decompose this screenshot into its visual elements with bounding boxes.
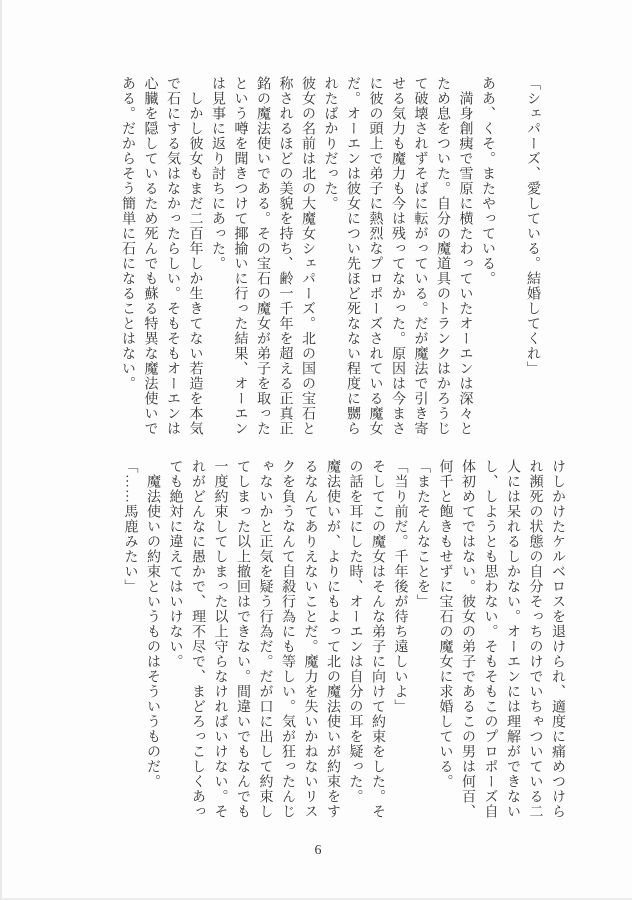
- text-line: ある。だからそう簡単に石になることはない。: [116, 76, 139, 444]
- text-line: クを負うなんて自殺行為にも等しい。気が狂ったんじ: [276, 459, 299, 841]
- text-line: 称されるほどの美貌を持ち、齢一千年を超える正真正: [273, 76, 296, 444]
- text-line: しかし彼女もまだ二百年しか生きてない若造を本気: [183, 76, 206, 444]
- text-block-bottom: けしかけたケルベロスを退けられ、適度に痛めつけられ瀕死の状態の自分そっちのけでい…: [118, 459, 568, 841]
- text-line: 心臓を隠しているため死んでも蘇る特異な魔法使いで: [138, 76, 161, 444]
- text-line: 「またそんなことを」: [411, 459, 434, 841]
- text-line: るなんてありえないことだ。魔力を失いかねないリス: [298, 459, 321, 841]
- text-line: 一度約束してしまった以上守らなければいけない。そ: [208, 459, 231, 841]
- text-line: 人には呆れるしかない。オーエンには理解ができない: [501, 459, 524, 841]
- text-line: 「当り前だ。千年後が待ち遠しいよ」: [388, 459, 411, 841]
- text-line: 満身創痍で雪原に横たわっていたオーエンは深々と: [453, 76, 476, 444]
- text-line: ため息をついた。自分の魔道具のトランクはかろうじ: [431, 76, 454, 444]
- page-number: 6: [2, 843, 632, 859]
- text-line: 「……馬鹿みたい」: [118, 459, 141, 841]
- text-line: ゃないかと正気を疑う行為だ。だが口に出して約束し: [253, 459, 276, 841]
- text-line: という噂を聞きつけて揶揄いに行った結果、オーエン: [228, 76, 251, 444]
- text-line: だ。オーエンは彼女につい先ほど死なない程度に嬲ら: [341, 76, 364, 444]
- text-line: ああ、くそ。またやっている。: [476, 76, 499, 444]
- text-line: [498, 76, 521, 444]
- text-line: て破壊されずそばに転がっている。だが魔法で引き寄: [408, 76, 431, 444]
- text-line: は見事に返り討ちにあった。: [206, 76, 229, 444]
- text-line: 彼女の名前は北の大魔女シェパーズ。北の国の宝石と: [296, 76, 319, 444]
- text-line: れ瀕死の状態の自分そっちのけでいちゃついている二: [523, 459, 546, 841]
- text-line: せる気力も魔力も今は残ってなかった。原因は今まさ: [386, 76, 409, 444]
- text-line: そしてこの魔女はそんな弟子に向けて約束をした。そ: [366, 459, 389, 841]
- text-line: てしまった以上撤回はできない。間違いでもなんでも: [231, 459, 254, 841]
- text-line: 魔法使いが、よりにもよって北の魔法使いが約束をす: [321, 459, 344, 841]
- text-line: 何千と飽きもせずに宝石の魔女に求婚している。: [433, 459, 456, 841]
- text-line: の話を耳にした時、オーエンは自分の耳を疑った。: [343, 459, 366, 841]
- text-line: ても絶対に違えてはいけない。: [163, 459, 186, 841]
- novel-page: 「シェパーズ、愛している。結婚してくれ」ああ、くそ。またやっている。 満身創痍で…: [0, 0, 632, 900]
- text-line: れたばかりだった。: [318, 76, 341, 444]
- text-line: 魔法使いの約束というものはそういうものだ。: [141, 459, 164, 841]
- text-line: に彼の頭上で弟子に熱烈なプロポーズされている魔女: [363, 76, 386, 444]
- text-line: 体初めてではない。彼女の弟子であるこの男は何百、: [456, 459, 479, 841]
- text-line: で石にする気はなかったらしい。そもそもオーエンは: [161, 76, 184, 444]
- text-line: 「シェパーズ、愛している。結婚してくれ」: [521, 76, 544, 444]
- text-line: し、しようとも思わない。そもそもこのプロポーズ自: [478, 459, 501, 841]
- text-line: 銘の魔法使いである。その宝石の魔女が弟子を取った: [251, 76, 274, 444]
- text-line: けしかけたケルベロスを退けられ、適度に痛めつけら: [546, 459, 569, 841]
- text-block-top: 「シェパーズ、愛している。結婚してくれ」ああ、くそ。またやっている。 満身創痍で…: [116, 76, 544, 444]
- text-line: れがどんなに愚かで、理不尽で、まどろっこしくあっ: [186, 459, 209, 841]
